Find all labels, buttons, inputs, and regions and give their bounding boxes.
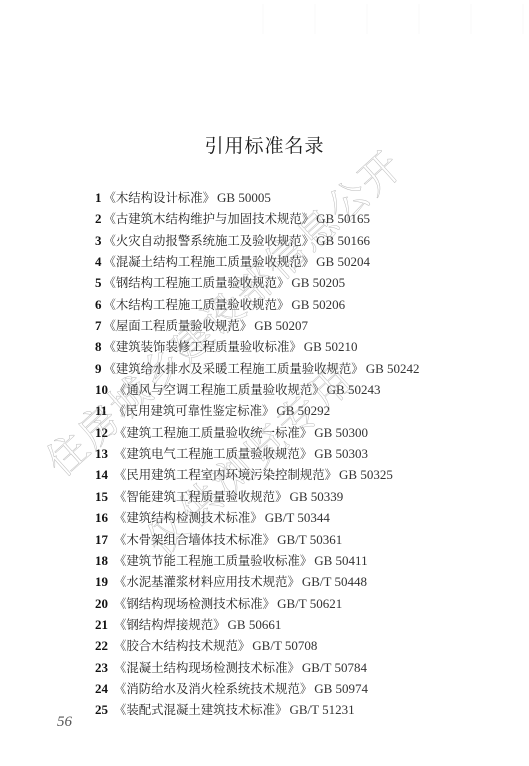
standard-code: GB 50292 bbox=[276, 403, 330, 418]
standard-code: GB/T 50708 bbox=[252, 638, 317, 653]
document-page: 引用标准名录 1《木结构设计标准》GB 50005 2《古建筑木结构维护与加固技… bbox=[0, 0, 529, 766]
standard-name: 《装配式混凝土建筑技术标准》 bbox=[114, 702, 287, 717]
item-number: 18 bbox=[95, 550, 108, 571]
item-number: 5 bbox=[95, 272, 102, 293]
item-number: 1 bbox=[95, 187, 102, 208]
item-number: 6 bbox=[95, 294, 102, 315]
standard-code: GB 50207 bbox=[254, 318, 308, 333]
list-item: 24《消防给水及消火栓系统技术规范》GB 50974 bbox=[95, 678, 420, 699]
item-number: 16 bbox=[95, 507, 108, 528]
standard-name: 《水泥基灌浆材料应用技术规范》 bbox=[114, 574, 300, 589]
standards-list: 1《木结构设计标准》GB 50005 2《古建筑木结构维护与加固技术规范》GB … bbox=[95, 187, 420, 721]
list-item: 2《古建筑木结构维护与加固技术规范》GB 50165 bbox=[95, 208, 420, 229]
standard-name: 《钢结构现场检测技术标准》 bbox=[114, 596, 275, 611]
list-item: 19《水泥基灌浆材料应用技术规范》GB/T 50448 bbox=[95, 571, 420, 592]
standard-name: 《建筑工程施工质量验收统一标准》 bbox=[114, 425, 312, 440]
page-number: 56 bbox=[57, 714, 72, 731]
standard-name: 《智能建筑工程质量验收规范》 bbox=[114, 489, 287, 504]
standard-code: GB 50411 bbox=[314, 553, 367, 568]
list-item: 18《建筑节能工程施工质量验收标准》GB 50411 bbox=[95, 550, 420, 571]
item-number: 23 bbox=[95, 657, 108, 678]
standard-code: GB 50325 bbox=[339, 467, 393, 482]
standard-name: 《钢结构工程施工质量验收规范》 bbox=[104, 275, 290, 290]
list-item: 4《混凝土结构工程施工质量验收规范》GB 50204 bbox=[95, 251, 420, 272]
standard-name: 《消防给水及消火栓系统技术规范》 bbox=[114, 681, 312, 696]
standard-code: GB 50205 bbox=[291, 275, 345, 290]
standard-name: 《民用建筑可靠性鉴定标准》 bbox=[113, 403, 274, 418]
standard-name: 《通风与空调工程施工质量验收规范》 bbox=[114, 382, 325, 397]
standard-code: GB/T 51231 bbox=[289, 702, 354, 717]
standard-name: 《建筑结构检测技术标准》 bbox=[114, 510, 263, 525]
standard-code: GB 50300 bbox=[314, 425, 368, 440]
standard-name: 《木骨架组合墙体技术标准》 bbox=[114, 532, 275, 547]
page-title: 引用标准名录 bbox=[0, 131, 529, 158]
item-number: 2 bbox=[95, 208, 102, 229]
list-item: 21《钢结构焊接规范》GB 50661 bbox=[95, 614, 420, 635]
list-item: 11《民用建筑可靠性鉴定标准》GB 50292 bbox=[95, 400, 420, 421]
list-item: 17《木骨架组合墙体技术标准》GB/T 50361 bbox=[95, 529, 420, 550]
list-item: 13《建筑电气工程施工质量验收规范》GB 50303 bbox=[95, 443, 420, 464]
standard-code: GB 50005 bbox=[217, 190, 271, 205]
list-item: 10《通风与空调工程施工质量验收规范》GB 50243 bbox=[95, 379, 420, 400]
list-item: 15《智能建筑工程质量验收规范》GB 50339 bbox=[95, 486, 420, 507]
item-number: 25 bbox=[95, 699, 108, 720]
list-item: 6《木结构工程施工质量验收规范》GB 50206 bbox=[95, 294, 420, 315]
standard-code: GB/T 50448 bbox=[302, 574, 367, 589]
scan-artifact bbox=[262, 4, 524, 34]
standard-code: GB 50204 bbox=[316, 254, 370, 269]
item-number: 17 bbox=[95, 529, 108, 550]
item-number: 12 bbox=[95, 422, 108, 443]
item-number: 24 bbox=[95, 678, 108, 699]
standard-code: GB 50242 bbox=[366, 361, 420, 376]
item-number: 13 bbox=[95, 443, 108, 464]
standard-code: GB 50974 bbox=[314, 681, 368, 696]
standard-name: 《屋面工程质量验收规范》 bbox=[104, 318, 253, 333]
list-item: 7《屋面工程质量验收规范》GB 50207 bbox=[95, 315, 420, 336]
standard-name: 《民用建筑工程室内环境污染控制规范》 bbox=[114, 467, 337, 482]
list-item: 23《混凝土结构现场检测技术标准》GB/T 50784 bbox=[95, 657, 420, 678]
item-number: 22 bbox=[95, 635, 108, 656]
standard-code: GB 50661 bbox=[228, 617, 282, 632]
standard-name: 《建筑节能工程施工质量验收标准》 bbox=[114, 553, 312, 568]
standard-code: GB 50206 bbox=[291, 297, 345, 312]
standard-name: 《钢结构焊接规范》 bbox=[114, 617, 226, 632]
standard-name: 《火灾自动报警系统施工及验收规范》 bbox=[104, 233, 315, 248]
standard-name: 《混凝土结构工程施工质量验收规范》 bbox=[104, 254, 315, 269]
list-item: 8《建筑装饰装修工程质量验收标准》GB 50210 bbox=[95, 336, 420, 357]
standard-code: GB 50243 bbox=[327, 382, 381, 397]
list-item: 9《建筑给水排水及采暖工程施工质量验收规范》GB 50242 bbox=[95, 358, 420, 379]
item-number: 14 bbox=[95, 464, 108, 485]
standard-code: GB/T 50784 bbox=[302, 660, 367, 675]
item-number: 21 bbox=[95, 614, 108, 635]
item-number: 10 bbox=[95, 379, 108, 400]
standard-code: GB 50303 bbox=[314, 446, 368, 461]
standard-name: 《建筑给水排水及采暖工程施工质量验收规范》 bbox=[104, 361, 364, 376]
list-item: 22《胶合木结构技术规范》GB/T 50708 bbox=[95, 635, 420, 656]
item-number: 15 bbox=[95, 486, 108, 507]
list-item: 12《建筑工程施工质量验收统一标准》GB 50300 bbox=[95, 422, 420, 443]
item-number: 9 bbox=[95, 358, 102, 379]
item-number: 3 bbox=[95, 230, 102, 251]
item-number: 20 bbox=[95, 593, 108, 614]
standard-code: GB/T 50361 bbox=[277, 532, 342, 547]
list-item: 25《装配式混凝土建筑技术标准》GB/T 51231 bbox=[95, 699, 420, 720]
list-item: 1《木结构设计标准》GB 50005 bbox=[95, 187, 420, 208]
standard-name: 《木结构设计标准》 bbox=[104, 190, 216, 205]
list-item: 3《火灾自动报警系统施工及验收规范》GB 50166 bbox=[95, 230, 420, 251]
standard-code: GB 50165 bbox=[316, 211, 370, 226]
standard-code: GB/T 50621 bbox=[277, 596, 342, 611]
item-number: 11 bbox=[95, 400, 107, 421]
standard-name: 《胶合木结构技术规范》 bbox=[114, 638, 250, 653]
standard-name: 《混凝土结构现场检测技术标准》 bbox=[114, 660, 300, 675]
item-number: 19 bbox=[95, 571, 108, 592]
item-number: 8 bbox=[95, 336, 102, 357]
standard-code: GB 50210 bbox=[304, 339, 358, 354]
list-item: 5《钢结构工程施工质量验收规范》GB 50205 bbox=[95, 272, 420, 293]
list-item: 16《建筑结构检测技术标准》GB/T 50344 bbox=[95, 507, 420, 528]
list-item: 14《民用建筑工程室内环境污染控制规范》GB 50325 bbox=[95, 464, 420, 485]
standard-code: GB 50166 bbox=[316, 233, 370, 248]
standard-name: 《建筑装饰装修工程质量验收标准》 bbox=[104, 339, 302, 354]
standard-code: GB/T 50344 bbox=[265, 510, 330, 525]
item-number: 7 bbox=[95, 315, 102, 336]
standard-code: GB 50339 bbox=[289, 489, 343, 504]
item-number: 4 bbox=[95, 251, 102, 272]
list-item: 20《钢结构现场检测技术标准》GB/T 50621 bbox=[95, 593, 420, 614]
standard-name: 《古建筑木结构维护与加固技术规范》 bbox=[104, 211, 315, 226]
standard-name: 《建筑电气工程施工质量验收规范》 bbox=[114, 446, 312, 461]
standard-name: 《木结构工程施工质量验收规范》 bbox=[104, 297, 290, 312]
